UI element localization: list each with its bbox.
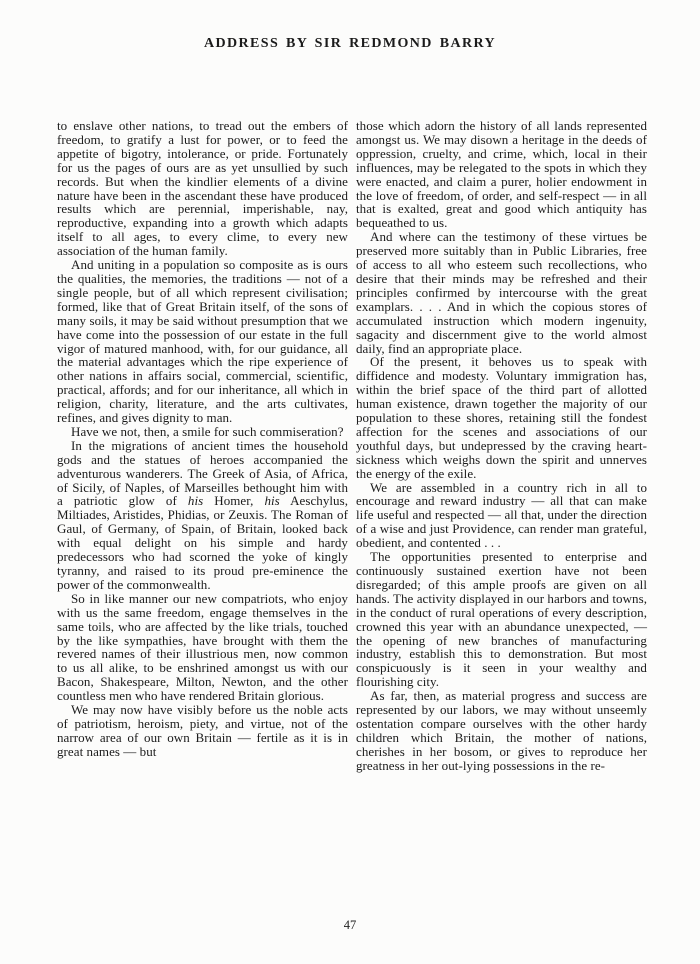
paragraph: And where can the testimony of these vir… bbox=[356, 230, 647, 355]
paragraph: Of the present, it behoves us to speak w… bbox=[356, 355, 647, 480]
paragraph: to enslave other nations, to tread out t… bbox=[57, 119, 348, 258]
book-page: ADDRESS BY SIR REDMOND BARRY to enslave … bbox=[0, 0, 700, 964]
paragraph: those which adorn the history of all lan… bbox=[356, 119, 647, 230]
paragraph: And uniting in a population so composite… bbox=[57, 258, 348, 425]
paragraph: We may now have visibly before us the no… bbox=[57, 703, 348, 759]
paragraph: As far, then, as material progress and s… bbox=[356, 689, 647, 772]
paragraph: We are assembled in a country rich in al… bbox=[356, 481, 647, 551]
paragraph: In the migrations of ancient times the h… bbox=[57, 439, 348, 592]
running-header-title: ADDRESS BY SIR REDMOND BARRY bbox=[0, 36, 700, 52]
paragraph: So in like manner our new compatriots, w… bbox=[57, 592, 348, 703]
paragraph: The opportunities presented to enterpris… bbox=[356, 550, 647, 689]
left-column: to enslave other nations, to tread out t… bbox=[57, 119, 348, 773]
paragraph: Have we not, then, a smile for such comm… bbox=[57, 425, 348, 439]
text-columns: to enslave other nations, to tread out t… bbox=[57, 119, 647, 773]
page-number: 47 bbox=[0, 918, 700, 933]
right-column: those which adorn the history of all lan… bbox=[356, 119, 647, 773]
